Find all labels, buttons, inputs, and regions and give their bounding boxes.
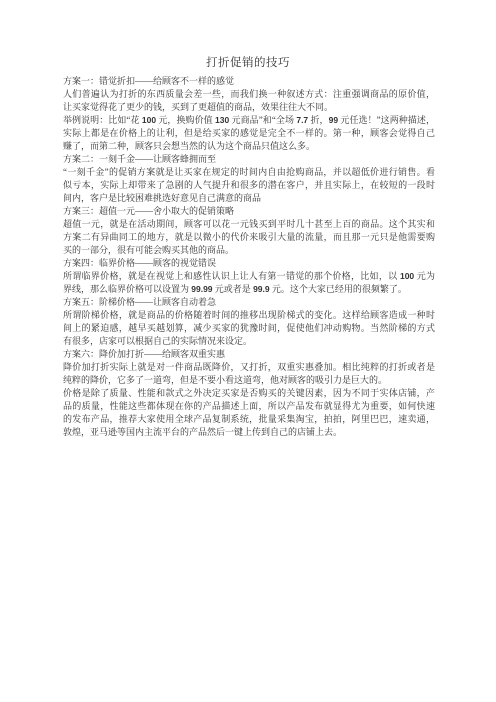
text-line: 似亏本，实际上却带来了急剧的人气提升和很多的潜在客户，并且实际上，在较短的一段时 (63, 179, 435, 192)
text-line: 方案四：临界价格——顾客的视觉错误 (63, 257, 435, 270)
text-line: 界线，那么临界价格可以设置为 99.99 元或者是 99.9 元。这个大家已经用… (63, 283, 435, 296)
text-line: 人们普遍认为打折的东西质量会差一些，而我们换一种叙述方式：注重强调商品的原价值， (63, 88, 435, 101)
document-body: 方案一：错觉折扣——给顾客不一样的感觉人们普遍认为打折的东西质量会差一些，而我们… (63, 75, 435, 439)
number-text: 100 (400, 271, 414, 281)
text-line: 所谓临界价格，就是在视觉上和感性认识上让人有第一错觉的那个价格，比如，以 100… (63, 270, 435, 283)
text-line: 品的质量，性能这些都体现在你的产品描述上面，所以产品发布就显得尤为重要，如何快速 (63, 400, 435, 413)
text-line: 方案一：错觉折扣——给顾客不一样的感觉 (63, 75, 435, 88)
text-line: 降价加打折实际上就是对一件商品既降价，又打折，双重实惠叠加。相比纯粹的打折或者是 (63, 361, 435, 374)
text-line: 方案六：降价加打折——给顾客双重实惠 (63, 348, 435, 361)
text-line: 买的一部分，很有可能会购买其他的商品。 (63, 244, 435, 257)
number-text: 99 (329, 115, 338, 125)
document-title: 打折促销的技巧 (0, 57, 496, 70)
number-text: 100 (142, 115, 156, 125)
text-line: 方案五：阶梯价格——让顾客自动着急 (63, 296, 435, 309)
text-line: 的发布产品，推荐大家使用全球产品复制系统，批量采集淘宝，拍拍，阿里巴巴，速卖通， (63, 413, 435, 426)
text-line: 方案三：超值一元——舍小取大的促销策略 (63, 205, 435, 218)
text-line: 间内，客户是比较困难挑选好意见自己满意的商品 (63, 192, 435, 205)
text-line: 价格是除了质量、性能和款式之外决定买家是否购买的关键因素，因为不同于实体店铺，产 (63, 387, 435, 400)
text-line: 间上的紧迫感，越早买越划算，减少买家的犹豫时间，促使他们冲动购物。当然阶梯的方式 (63, 322, 435, 335)
text-line: 方案二：一刻千金——让顾客蜂拥而至 (63, 153, 435, 166)
text-line: “一刻千金”的促销方案就是让买家在规定的时间内自由抢购商品，并以超低价进行销售。… (63, 166, 435, 179)
text-line: 赚了，而第二种，顾客只会想当然的认为这个商品只值这么多。 (63, 140, 435, 153)
text-line: 所谓阶梯价格，就是商品的价格随着时间的推移出现阶梯式的变化。这样给顾客造成一种时 (63, 309, 435, 322)
text-line: 超值一元，就是在活动期间，顾客可以花一元钱买到平时几十甚至上百的商品。这个其实和 (63, 218, 435, 231)
text-line: 让买家觉得花了更少的钱，买到了更超值的商品，效果往往大不同。 (63, 101, 435, 114)
number-text: 99.99 (191, 284, 212, 294)
text-line: 有很多，店家可以根据自己的实际情况来设定。 (63, 335, 435, 348)
text-line: 敦煌，亚马逊等国内主流平台的产品然后一键上传到自己的店铺上去。 (63, 426, 435, 439)
number-text: 99.9 (253, 284, 270, 294)
text-line: 纯粹的降价，它多了一道弯，但是不要小看这道弯，他对顾客的吸引力是巨大的。 (63, 374, 435, 387)
number-text: 7.7 (296, 115, 308, 125)
document-page: 打折促销的技巧 方案一：错觉折扣——给顾客不一样的感觉人们普遍认为打折的东西质量… (0, 0, 496, 702)
text-line: 举例说明：比如“花 100 元，换购价值 130 元商品”和“全场 7.7 折，… (63, 114, 435, 127)
text-line: 实际上都是在价格上的让利，但是给买家的感觉是完全不一样的。第一种，顾客会觉得自己 (63, 127, 435, 140)
number-text: 130 (215, 115, 229, 125)
text-line: 方案二有异曲同工的地方，就是以微小的代价来吸引大量的流量，而且那一元只是他需要购 (63, 231, 435, 244)
